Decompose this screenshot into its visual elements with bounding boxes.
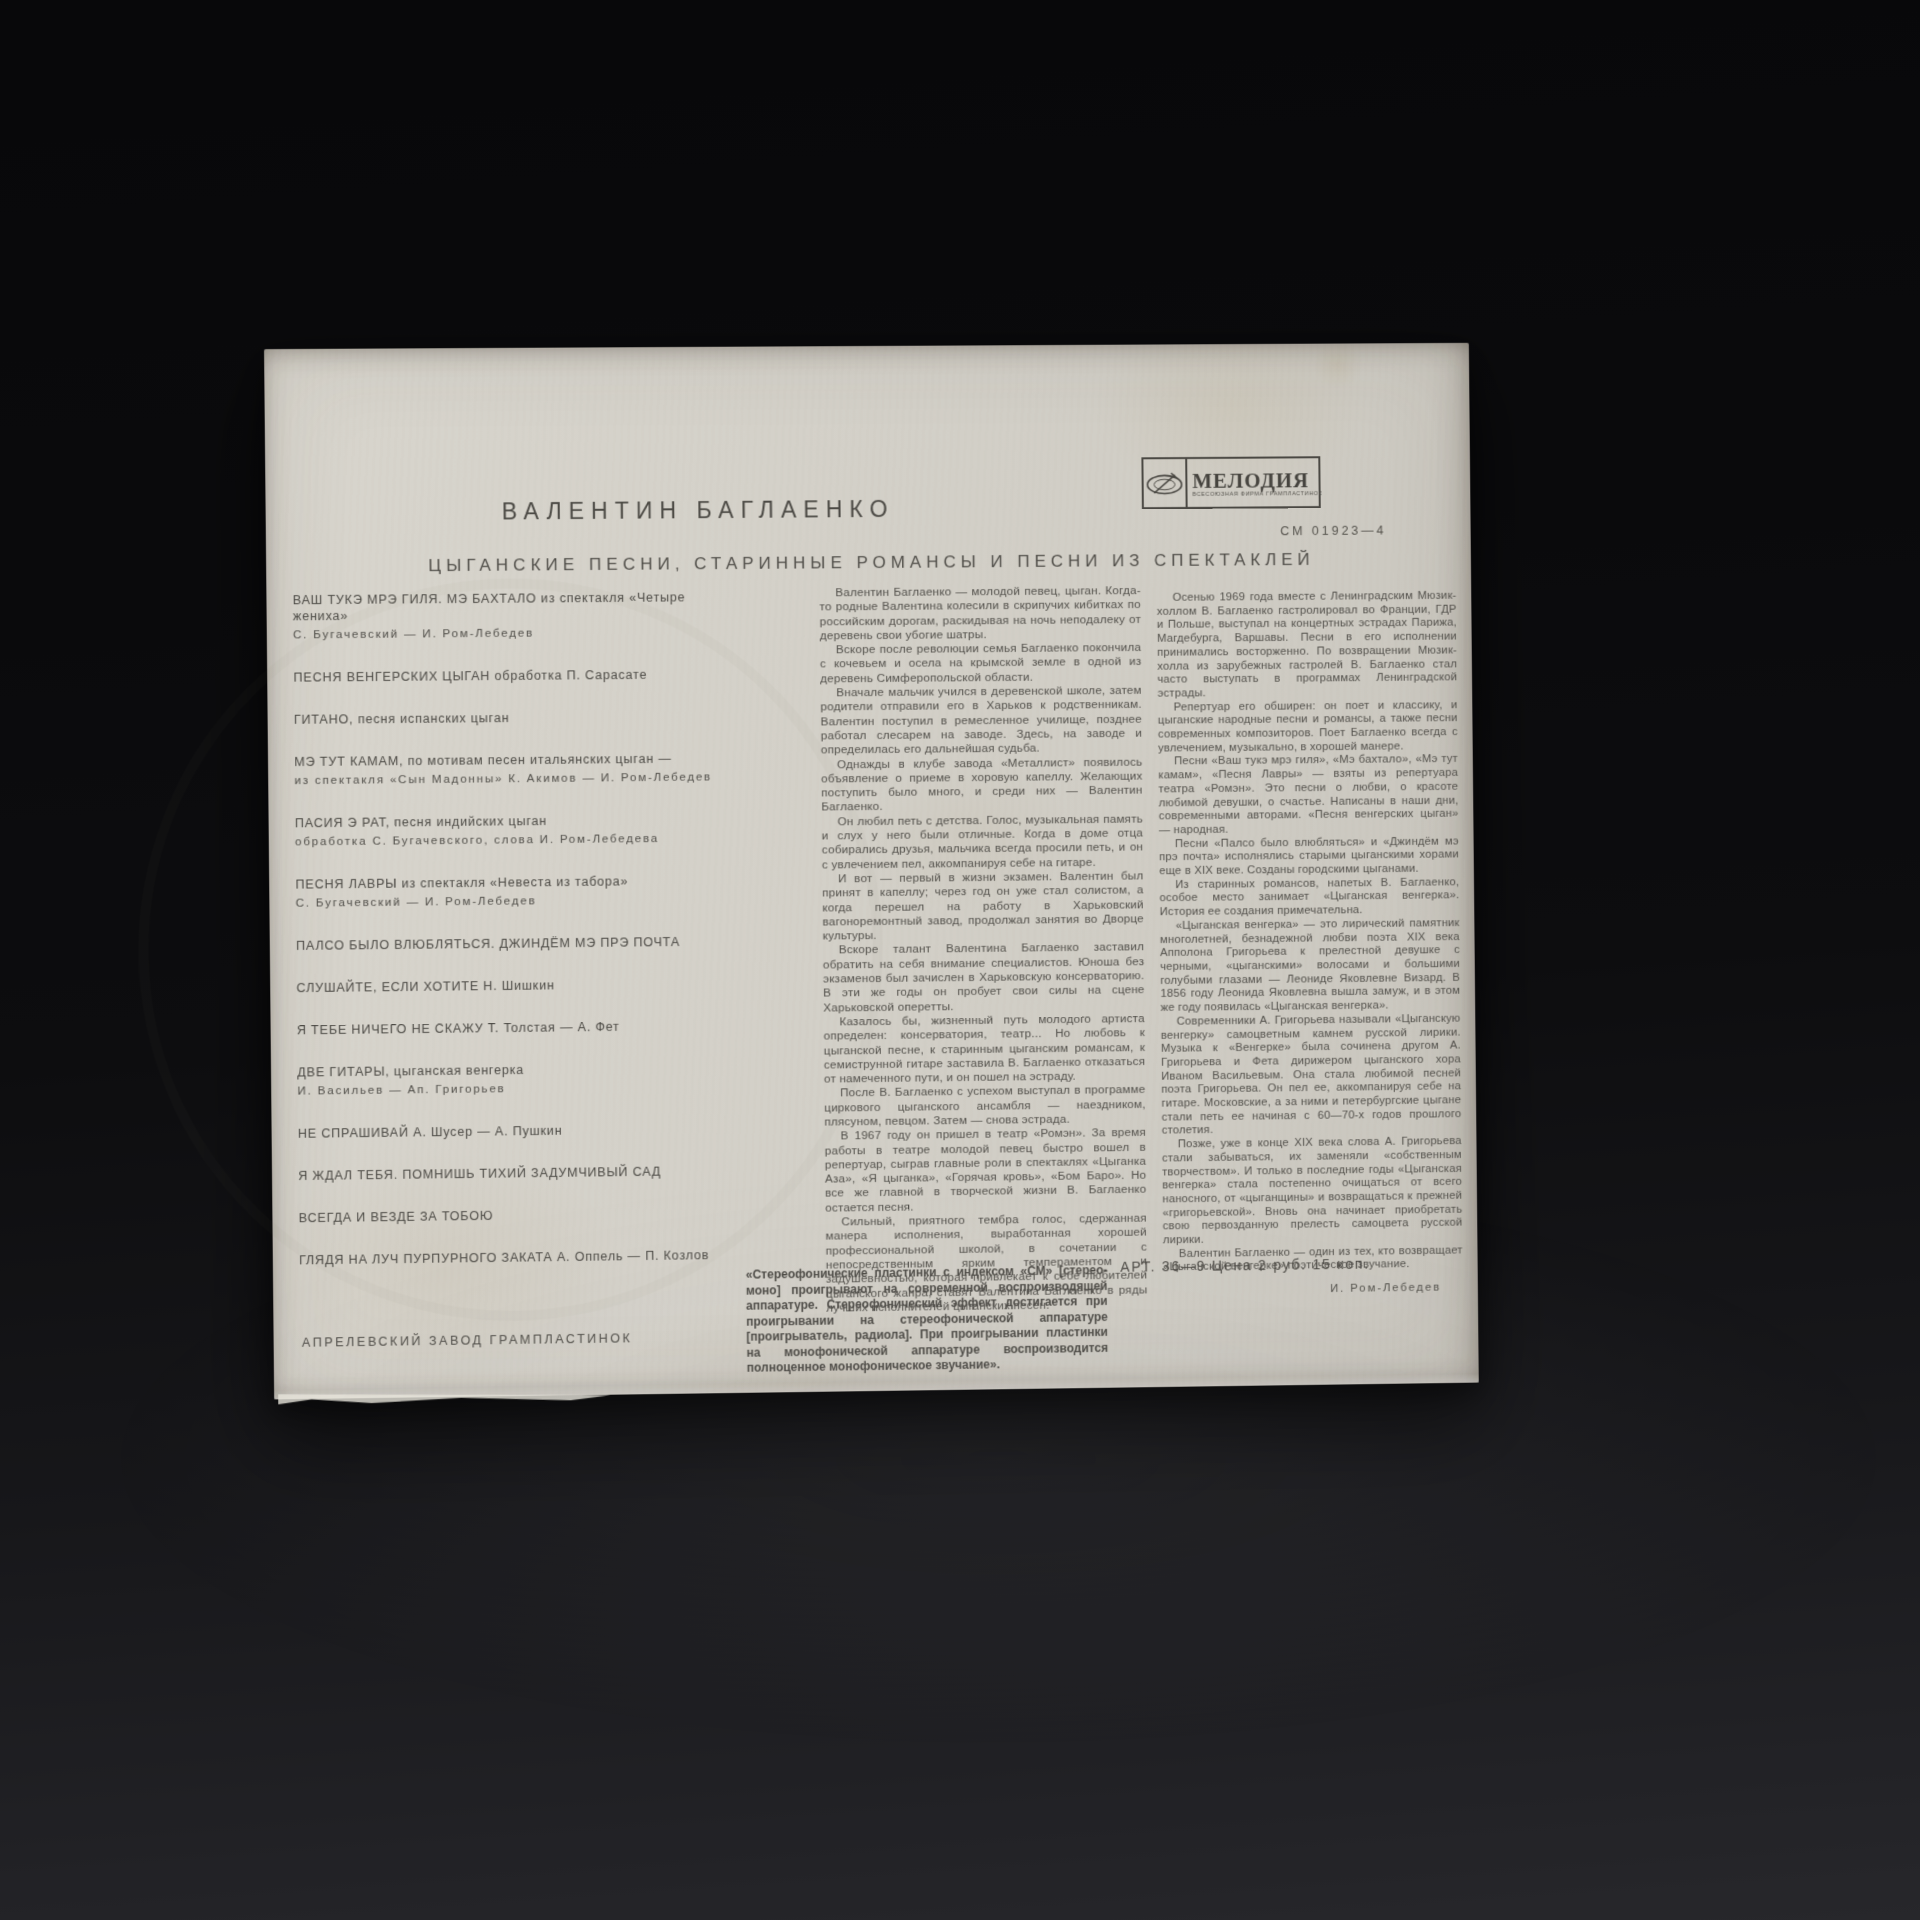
bio-paragraph: Современники А. Григорьева называли «Цыг…: [1161, 1012, 1462, 1138]
melodiya-emblem-icon: [1143, 459, 1187, 507]
track-title: Я ТЕБЕ НИЧЕГО НЕ СКАЖУ Т. Толстая — А. Ф…: [297, 1018, 720, 1039]
bio-paragraph: После В. Баглаенко с успехом выступал в …: [824, 1083, 1146, 1130]
track-list: ВАШ ТУКЭ МРЭ ГИЛЯ. МЭ БАХТАЛО из спектак…: [293, 589, 722, 1268]
bio-paragraph: Песни «Палсо было влюбляться» и «Джиндём…: [1159, 835, 1459, 879]
bio-paragraph: И вот — первый в жизни экзамен. Валентин…: [822, 869, 1144, 944]
track-title: СЛУШАЙТЕ, ЕСЛИ ХОТИТЕ Н. Шишкин: [296, 976, 719, 997]
album-subtitle: ЦЫГАНСКИЕ ПЕСНИ, СТАРИННЫЕ РОМАНСЫ И ПЕС…: [415, 550, 1327, 576]
bio-paragraph: Позже, уже в конце XIX века слова А. Гри…: [1162, 1135, 1463, 1248]
bio-paragraph: Из старинных романсов, напетых В. Баглае…: [1159, 876, 1459, 920]
track-title: ГЛЯДЯ НА ЛУЧ ПУРПУРНОГО ЗАКАТА А. Оппель…: [299, 1247, 722, 1268]
track-item: СЛУШАЙТЕ, ЕСЛИ ХОТИТЕ Н. Шишкин: [296, 976, 719, 997]
track-title: ГИТАНО, песня испанских цыган: [294, 708, 717, 728]
track-title: ПЕСНЯ ВЕНГЕРСКИХ ЦЫГАН обработка П. Сара…: [293, 666, 716, 685]
track-item: ПЕСНЯ ЛАВРЫ из спектакля «Невеста из таб…: [295, 873, 718, 912]
bio-paragraph: Он любил петь с детства. Голос, музыкаль…: [821, 812, 1143, 872]
track-title: МЭ ТУТ КАМАМ, по мотивам песен итальянск…: [294, 750, 717, 770]
track-item: НЕ СПРАШИВАЙ А. Шусер — А. Пушкин: [298, 1121, 721, 1142]
bio-paragraph: Осенью 1969 года вместе с Ленинградским …: [1157, 590, 1458, 702]
melodiya-logo-subtext: ВСЕСОЮЗНАЯ ФИРМА ГРАМПЛАСТИНОК: [1192, 491, 1322, 498]
track-credit: С. Бугачевский — И. Ром-Лебедев: [293, 625, 716, 643]
record-sleeve: ВАЛЕНТИН БАГЛАЕНКО ЦЫГАНСКИЕ ПЕСНИ, СТАР…: [264, 343, 1479, 1400]
bio-paragraph: Валентин Баглаенко — молодой певец, цыга…: [819, 584, 1141, 644]
melodiya-emblem-svg: [1143, 469, 1185, 498]
track-item: ПАСИЯ Э РАТ, песня индийских цыган обраб…: [295, 811, 718, 850]
bio-paragraph: Однажды в клубе завода «Металлист» появи…: [821, 755, 1143, 815]
bio-column-1: Валентин Баглаенко — молодой певец, цыга…: [819, 584, 1147, 1316]
track-item: ГИТАНО, песня испанских цыган: [294, 708, 717, 728]
stereo-notice: «Стереофонические пластинки с индексом «…: [746, 1263, 1109, 1376]
track-title: Я ЖДАЛ ТЕБЯ. ПОМНИШЬ ТИХИЙ ЗАДУМЧИВЫЙ СА…: [298, 1163, 721, 1184]
track-title: ВСЕГДА И ВЕЗДЕ ЗА ТОБОЮ: [299, 1205, 722, 1226]
track-item: ВСЕГДА И ВЕЗДЕ ЗА ТОБОЮ: [299, 1205, 722, 1226]
bio-paragraph: Казалось бы, жизненный путь молодого арт…: [823, 1012, 1145, 1087]
track-credit: И. Васильев — Ап. Григорьев: [297, 1080, 720, 1100]
track-title: ПАЛСО БЫЛО ВЛЮБЛЯТЬСЯ. ДЖИНДЁМ МЭ ПРЭ ПО…: [296, 934, 719, 954]
track-item: ГЛЯДЯ НА ЛУЧ ПУРПУРНОГО ЗАКАТА А. Оппель…: [299, 1247, 722, 1268]
track-item: ДВЕ ГИТАРЫ, цыганская венгерка И. Василь…: [297, 1060, 720, 1100]
melodiya-logo-text: МЕЛОДИЯ: [1192, 469, 1322, 492]
bio-column-2: Осенью 1969 года вместе с Ленинградским …: [1157, 590, 1463, 1299]
bio-paragraph: Вскоре после революции семья Баглаенко п…: [820, 641, 1142, 686]
bio-paragraph: «Цыганская венгерка» — это лирический па…: [1160, 917, 1461, 1016]
photo-background: ВАЛЕНТИН БАГЛАЕНКО ЦЫГАНСКИЕ ПЕСНИ, СТАР…: [0, 0, 1920, 1920]
track-item: ПЕСНЯ ВЕНГЕРСКИХ ЦЫГАН обработка П. Сара…: [293, 666, 716, 685]
artist-title: ВАЛЕНТИН БАГЛАЕНКО: [417, 495, 979, 526]
track-item: Я ЖДАЛ ТЕБЯ. ПОМНИШЬ ТИХИЙ ЗАДУМЧИВЫЙ СА…: [298, 1163, 721, 1184]
plant-name: АПРЕЛЕВСКИЙ ЗАВОД ГРАМПЛАСТИНОК: [302, 1331, 633, 1350]
catalog-number: СМ 01923—4: [1208, 524, 1387, 539]
track-title: ВАШ ТУКЭ МРЭ ГИЛЯ. МЭ БАХТАЛО из спектак…: [293, 589, 716, 624]
bio-paragraph: Вначале мальчик учился в деревенской шко…: [820, 684, 1142, 758]
track-credit: обработка С. Бугачевского, слова И. Ром-…: [295, 831, 718, 850]
track-item: Я ТЕБЕ НИЧЕГО НЕ СКАЖУ Т. Толстая — А. Ф…: [297, 1018, 720, 1039]
melodiya-logo-textblock: МЕЛОДИЯ ВСЕСОЮЗНАЯ ФИРМА ГРАМПЛАСТИНОК: [1187, 458, 1326, 507]
bio-paragraph: Вскоре талант Валентина Баглаенко застав…: [823, 941, 1145, 1016]
bio-paragraph: Песни «Ваш тукэ мрэ гиля», «Мэ бахтало»,…: [1158, 753, 1459, 838]
melodiya-logo: МЕЛОДИЯ ВСЕСОЮЗНАЯ ФИРМА ГРАМПЛАСТИНОК: [1141, 456, 1320, 509]
track-credit: из спектакля «Сын Мадонны» К. Акимов — И…: [294, 770, 717, 789]
track-title: ДВЕ ГИТАРЫ, цыганская венгерка: [297, 1060, 720, 1081]
bio-paragraph: Репертуар его обширен: он поет и классик…: [1158, 699, 1458, 756]
track-title: ПАСИЯ Э РАТ, песня индийских цыган: [295, 811, 718, 831]
track-item: ВАШ ТУКЭ МРЭ ГИЛЯ. МЭ БАХТАЛО из спектак…: [293, 589, 716, 643]
bio-signature: И. Ром-Лебедев: [1163, 1281, 1463, 1299]
track-credit: С. Бугачевский — И. Ром-Лебедев: [296, 893, 719, 912]
bio-paragraph: В 1967 году он пришел в театр «Ромэн». З…: [824, 1126, 1146, 1216]
track-title: НЕ СПРАШИВАЙ А. Шусер — А. Пушкин: [298, 1121, 721, 1142]
track-title: ПЕСНЯ ЛАВРЫ из спектакля «Невеста из таб…: [295, 873, 718, 893]
track-item: ПАЛСО БЫЛО ВЛЮБЛЯТЬСЯ. ДЖИНДЁМ МЭ ПРЭ ПО…: [296, 934, 719, 954]
track-item: МЭ ТУТ КАМАМ, по мотивам песен итальянск…: [294, 750, 717, 789]
